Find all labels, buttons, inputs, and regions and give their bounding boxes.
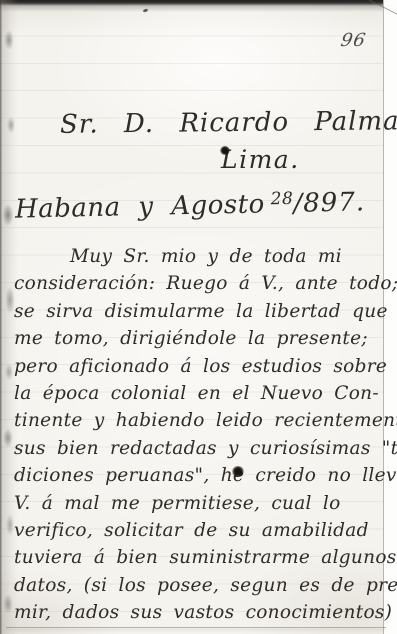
recipient-city: Lima. xyxy=(221,145,300,174)
manuscript-page: 96 Sr. D. Ricardo Palma. Lima. Habana y … xyxy=(0,0,397,634)
manuscript-line: datos, (si los posee, segun es de presu- xyxy=(14,572,388,599)
date-day: 28 xyxy=(270,189,293,209)
manuscript-line: tuviera á bien suministrarme algunos xyxy=(14,544,388,571)
manuscript-line: sus bien redactadas y curiosísimas "tra- xyxy=(14,435,388,462)
manuscript-line: tinente y habiendo leido recientemente xyxy=(14,407,388,434)
recipient-line: Sr. D. Ricardo Palma. xyxy=(60,106,397,140)
page-number: 96 xyxy=(339,30,368,51)
manuscript-line: Muy Sr. mio y de toda mi xyxy=(14,243,388,270)
ink-blot xyxy=(232,466,244,477)
manuscript-line: se sirva disimularme la libertad que xyxy=(14,298,388,325)
date-year: /897. xyxy=(293,187,365,218)
manuscript-line: verifico, solicitar de su amabilidad xyxy=(14,517,388,544)
ink-blot xyxy=(220,146,230,155)
manuscript-line: mir, dados sus vastos conocimientos) re- xyxy=(14,599,388,626)
ink-speck xyxy=(143,8,149,13)
manuscript-line: V. á mal me permitiese, cual lo xyxy=(14,490,388,517)
date-place-month: Habana y Agosto xyxy=(15,189,265,224)
date-line: Habana y Agosto28/897. xyxy=(15,187,366,224)
manuscript-line: me tomo, dirigiéndole la presente; xyxy=(14,325,388,352)
manuscript-line: consideración: Ruego á V., ante todo; xyxy=(14,270,388,297)
scan-top-edge xyxy=(0,0,397,12)
manuscript-line: diciones peruanas", he creido no llevarí… xyxy=(14,462,388,489)
manuscript-line: la época colonial en el Nuevo Con- xyxy=(14,380,388,407)
manuscript-line: pero aficionado á los estudios sobre xyxy=(14,353,388,380)
letter-body: Muy Sr. mio y de toda mi consideración: … xyxy=(14,243,388,627)
scan-bottom-edge xyxy=(6,627,386,628)
